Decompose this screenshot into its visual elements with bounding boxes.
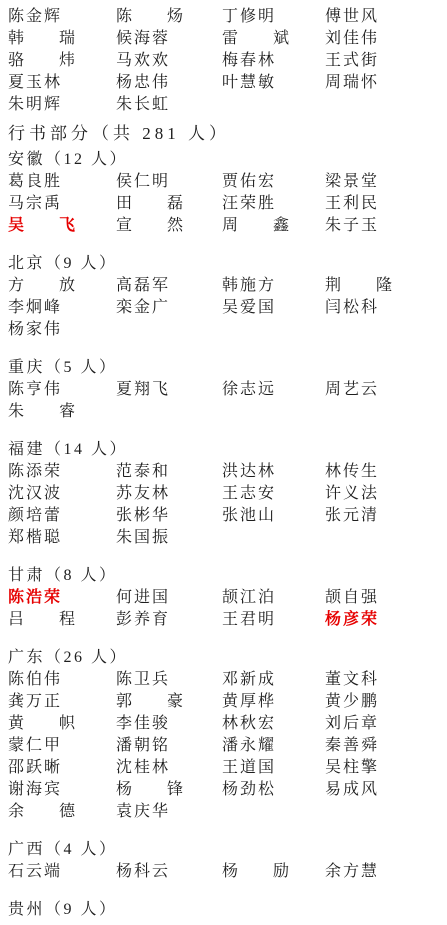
person-name: 傅世风 — [325, 6, 439, 28]
person-name: 林秋宏 — [222, 713, 325, 735]
person-name: 秦善舜 — [325, 735, 439, 757]
person-name: 栾金广 — [116, 297, 222, 319]
person-name-char: 杨 — [222, 861, 238, 883]
person-name-char: 朱 — [8, 401, 24, 423]
region-section: 北京（9 人）方放高磊军韩施方荆隆李炯峰栾金广吴爱国闫松科杨家伟 — [8, 253, 439, 341]
person-name-char: 宣 — [116, 215, 132, 237]
region-section: 重庆（5 人）陈亨伟夏翔飞徐志远周艺云朱睿 — [8, 357, 439, 423]
region-header: 福建（14 人） — [8, 439, 439, 461]
person-name-char: 帜 — [59, 713, 75, 735]
person-name-char: 飞 — [59, 215, 75, 237]
person-name: 袁庆华 — [116, 801, 222, 823]
person-name: 杨忠伟 — [116, 72, 222, 94]
person-name: 徐志远 — [222, 379, 325, 401]
region-header: 广西（4 人） — [8, 839, 439, 861]
region-header: 重庆（5 人） — [8, 357, 439, 379]
person-name-char: 雷 — [222, 28, 238, 50]
person-name: 陈浩荣 — [8, 587, 116, 609]
region-sections: 安徽（12 人）葛良胜侯仁明贾佑宏梁景堂马宗禹田磊汪荣胜王利民吴飞宣然周鑫朱子玉… — [8, 149, 439, 921]
person-name: 杨励 — [222, 861, 289, 883]
person-name: 梁景堂 — [325, 171, 439, 193]
person-name: 吴柱擎 — [325, 757, 439, 779]
name-list-page: 陈金辉陈炀丁修明傅世风韩瑞候海蓉雷斌刘佳伟骆炜马欢欢梅春林王式街夏玉林杨忠伟叶慧… — [0, 0, 447, 925]
person-name: 吴爱国 — [222, 297, 325, 319]
person-name-char: 陈 — [116, 6, 132, 28]
person-name-char: 周 — [222, 215, 238, 237]
person-name: 王利民 — [325, 193, 439, 215]
region-section: 广东（26 人）陈伯伟陈卫兵邓新成董文科龚万正郭豪黄厚桦黄少鹏黄帜李佳骏林秋宏刘… — [8, 647, 439, 823]
region-header: 贵州（9 人） — [8, 899, 439, 921]
section-title: 行书部分（共 281 人） — [8, 124, 439, 144]
person-name: 王道国 — [222, 757, 325, 779]
region-name-grid: 方放高磊军韩施方荆隆李炯峰栾金广吴爱国闫松科杨家伟 — [8, 275, 439, 341]
person-name-char: 吴 — [8, 215, 24, 237]
person-name-char: 磊 — [167, 193, 183, 215]
region-header: 安徽（12 人） — [8, 149, 439, 171]
person-name: 黄厚桦 — [222, 691, 325, 713]
person-name: 王式街 — [325, 50, 439, 72]
person-name-char: 骆 — [8, 50, 24, 72]
person-name: 王志安 — [222, 483, 325, 505]
person-name: 韩施方 — [222, 275, 325, 297]
person-name: 朱国振 — [116, 527, 222, 549]
person-name-char: 锋 — [167, 779, 183, 801]
person-name: 许义法 — [325, 483, 439, 505]
person-name: 葛良胜 — [8, 171, 116, 193]
person-name: 周瑞怀 — [325, 72, 439, 94]
person-name: 沈桂林 — [116, 757, 222, 779]
person-name: 方放 — [8, 275, 75, 297]
person-name: 陈添荣 — [8, 461, 116, 483]
person-name: 彭养育 — [116, 609, 222, 631]
person-name-char: 吕 — [8, 609, 24, 631]
person-name: 闫松科 — [325, 297, 439, 319]
person-name-char: 瑞 — [59, 28, 75, 50]
person-name-char: 韩 — [8, 28, 24, 50]
person-name-char: 黄 — [8, 713, 24, 735]
person-name: 王君明 — [222, 609, 325, 631]
person-name: 杨科云 — [116, 861, 222, 883]
person-name-char: 炀 — [167, 6, 183, 28]
region-name-grid: 陈亨伟夏翔飞徐志远周艺云朱睿 — [8, 379, 439, 423]
person-name: 陈炀 — [116, 6, 183, 28]
person-name: 陈金辉 — [8, 6, 116, 28]
person-name: 余德 — [8, 801, 75, 823]
person-name: 宣然 — [116, 215, 183, 237]
person-name-char: 荆 — [325, 275, 341, 297]
person-name: 余方慧 — [325, 861, 439, 883]
person-name-char: 程 — [59, 609, 75, 631]
person-name: 吴飞 — [8, 215, 75, 237]
person-name-char: 放 — [59, 275, 75, 297]
region-name-grid: 陈添荣范泰和洪达林林传生沈汉波苏友林王志安许义法颜培蕾张彬华张池山张元清郑楷聪朱… — [8, 461, 439, 549]
person-name: 韩瑞 — [8, 28, 75, 50]
person-name-char: 豪 — [167, 691, 183, 713]
person-name-char: 斌 — [273, 28, 289, 50]
person-name: 贾佑宏 — [222, 171, 325, 193]
region-header: 甘肃（8 人） — [8, 565, 439, 587]
person-name: 董文科 — [325, 669, 439, 691]
person-name-char: 然 — [167, 215, 183, 237]
person-name: 何进国 — [116, 587, 222, 609]
person-name: 候海蓉 — [116, 28, 222, 50]
person-name: 杨家伟 — [8, 319, 116, 341]
person-name: 丁修明 — [222, 6, 325, 28]
person-name: 黄帜 — [8, 713, 75, 735]
person-name: 朱明辉 — [8, 94, 116, 116]
region-section: 贵州（9 人） — [8, 899, 439, 921]
person-name: 邓新成 — [222, 669, 325, 691]
person-name: 潘朝铭 — [116, 735, 222, 757]
person-name-char: 鑫 — [273, 215, 289, 237]
person-name: 马欢欢 — [116, 50, 222, 72]
person-name-char: 隆 — [376, 275, 392, 297]
region-name-grid: 葛良胜侯仁明贾佑宏梁景堂马宗禹田磊汪荣胜王利民吴飞宣然周鑫朱子玉 — [8, 171, 439, 237]
region-name-grid: 陈伯伟陈卫兵邓新成董文科龚万正郭豪黄厚桦黄少鹏黄帜李佳骏林秋宏刘后章蒙仁甲潘朝铭… — [8, 669, 439, 823]
person-name: 叶慧敏 — [222, 72, 325, 94]
person-name: 周鑫 — [222, 215, 289, 237]
region-section: 甘肃（8 人）陈浩荣何进国颉江泊颉自强吕程彭养育王君明杨彦荣 — [8, 565, 439, 631]
person-name: 郑楷聪 — [8, 527, 116, 549]
region-section: 广西（4 人）石云端杨科云杨励余方慧 — [8, 839, 439, 883]
person-name: 陈亨伟 — [8, 379, 116, 401]
person-name-char: 励 — [273, 861, 289, 883]
person-name-char: 方 — [8, 275, 24, 297]
person-name-char: 郭 — [116, 691, 132, 713]
person-name: 洪达林 — [222, 461, 325, 483]
person-name: 林传生 — [325, 461, 439, 483]
person-name: 雷斌 — [222, 28, 289, 50]
person-name-char: 炜 — [59, 50, 75, 72]
person-name: 张池山 — [222, 505, 325, 527]
person-name: 夏玉林 — [8, 72, 116, 94]
person-name: 梅春林 — [222, 50, 325, 72]
person-name: 吕程 — [8, 609, 75, 631]
region-name-grid: 陈浩荣何进国颉江泊颉自强吕程彭养育王君明杨彦荣 — [8, 587, 439, 631]
person-name: 杨锋 — [116, 779, 183, 801]
continued-name-grid: 陈金辉陈炀丁修明傅世风韩瑞候海蓉雷斌刘佳伟骆炜马欢欢梅春林王式街夏玉林杨忠伟叶慧… — [8, 6, 439, 116]
person-name: 龚万正 — [8, 691, 116, 713]
person-name: 沈汉波 — [8, 483, 116, 505]
person-name: 范泰和 — [116, 461, 222, 483]
person-name: 颜培蕾 — [8, 505, 116, 527]
region-name-grid: 石云端杨科云杨励余方慧 — [8, 861, 439, 883]
person-name: 荆隆 — [325, 275, 392, 297]
person-name: 马宗禹 — [8, 193, 116, 215]
person-name: 杨劲松 — [222, 779, 325, 801]
region-header: 广东（26 人） — [8, 647, 439, 669]
person-name: 侯仁明 — [116, 171, 222, 193]
person-name: 刘后章 — [325, 713, 439, 735]
person-name: 周艺云 — [325, 379, 439, 401]
person-name: 朱子玉 — [325, 215, 439, 237]
person-name: 颉自强 — [325, 587, 439, 609]
person-name: 杨彦荣 — [325, 609, 439, 631]
person-name: 蒙仁甲 — [8, 735, 116, 757]
person-name: 苏友林 — [116, 483, 222, 505]
person-name-char: 杨 — [116, 779, 132, 801]
person-name: 易成风 — [325, 779, 439, 801]
region-section: 福建（14 人）陈添荣范泰和洪达林林传生沈汉波苏友林王志安许义法颜培蕾张彬华张池… — [8, 439, 439, 549]
person-name: 陈伯伟 — [8, 669, 116, 691]
person-name: 黄少鹏 — [325, 691, 439, 713]
person-name: 刘佳伟 — [325, 28, 439, 50]
person-name: 颉江泊 — [222, 587, 325, 609]
person-name: 田磊 — [116, 193, 183, 215]
person-name: 郭豪 — [116, 691, 183, 713]
person-name: 李佳骏 — [116, 713, 222, 735]
person-name: 朱长虹 — [116, 94, 222, 116]
person-name: 高磊军 — [116, 275, 222, 297]
person-name: 张元清 — [325, 505, 439, 527]
person-name: 李炯峰 — [8, 297, 116, 319]
person-name: 张彬华 — [116, 505, 222, 527]
person-name-char: 田 — [116, 193, 132, 215]
region-section: 安徽（12 人）葛良胜侯仁明贾佑宏梁景堂马宗禹田磊汪荣胜王利民吴飞宣然周鑫朱子玉 — [8, 149, 439, 237]
person-name: 陈卫兵 — [116, 669, 222, 691]
region-header: 北京（9 人） — [8, 253, 439, 275]
person-name: 邵跃晰 — [8, 757, 116, 779]
person-name-char: 德 — [59, 801, 75, 823]
person-name: 潘永耀 — [222, 735, 325, 757]
person-name-char: 余 — [8, 801, 24, 823]
person-name: 夏翔飞 — [116, 379, 222, 401]
person-name: 朱睿 — [8, 401, 75, 423]
person-name: 骆炜 — [8, 50, 75, 72]
person-name: 石云端 — [8, 861, 116, 883]
person-name: 谢海宾 — [8, 779, 116, 801]
person-name-char: 睿 — [59, 401, 75, 423]
person-name: 汪荣胜 — [222, 193, 325, 215]
